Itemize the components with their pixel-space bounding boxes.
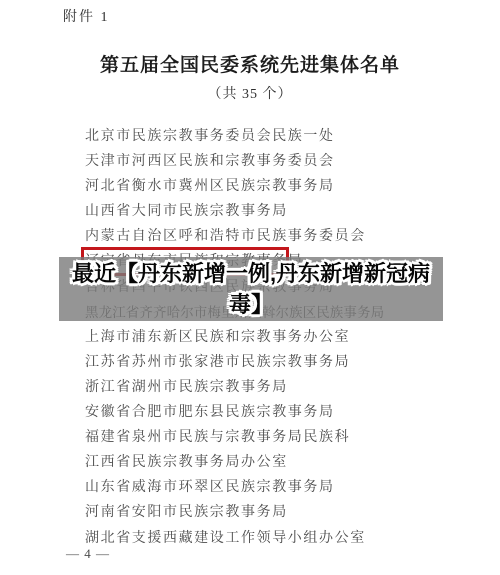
list-item: 河南省安阳市民族宗教事务局 (85, 500, 384, 525)
caption-line-1: 最近【丹东新增一例,丹东新增新冠病 (72, 258, 430, 289)
list-item: 福建省泉州市民族与宗教事务局民族科 (85, 425, 384, 450)
list-item: 江苏省苏州市张家港市民族宗教事务局 (85, 350, 384, 375)
list-item: 河北省衡水市冀州区民族宗教事务局 (85, 174, 384, 199)
list-item: 江西省民族宗教事务局办公室 (85, 450, 384, 475)
list-item: 山东省威海市环翠区民族宗教事务局 (85, 475, 384, 500)
list-item: 北京市民族宗教事务委员会民族一处 (85, 124, 384, 149)
list-item: 山西省大同市民族宗教事务局 (85, 199, 384, 224)
list-item: 上海市浦东新区民族和宗教事务办公室 (85, 325, 384, 350)
attachment-label: 附件 1 (63, 6, 110, 26)
page-number: — 4 — (66, 546, 110, 562)
list-item: 天津市河西区民族和宗教事务委员会 (85, 149, 384, 174)
page-subtitle: （共 35 个） (0, 83, 500, 103)
list-item: 安徽省合肥市肥东县民族宗教事务局 (85, 400, 384, 425)
list-item: 浙江省湖州市民族宗教事务局 (85, 375, 384, 400)
page-title: 第五届全国民委系统先进集体名单 (0, 50, 500, 77)
list-item: 内蒙古自治区呼和浩特市民族事务委员会 (85, 224, 384, 249)
caption-overlay-band: 最近【丹东新增一例,丹东新增新冠病 毒】 (59, 257, 443, 321)
list-item: 湖北省支援西藏建设工作领导小组办公室 (85, 526, 384, 551)
awards-list: 北京市民族宗教事务委员会民族一处 天津市河西区民族和宗教事务委员会 河北省衡水市… (85, 124, 384, 551)
document-page: 附件 1 第五届全国民委系统先进集体名单 （共 35 个） 北京市民族宗教事务委… (0, 0, 500, 575)
caption-line-2: 毒】 (229, 289, 273, 320)
